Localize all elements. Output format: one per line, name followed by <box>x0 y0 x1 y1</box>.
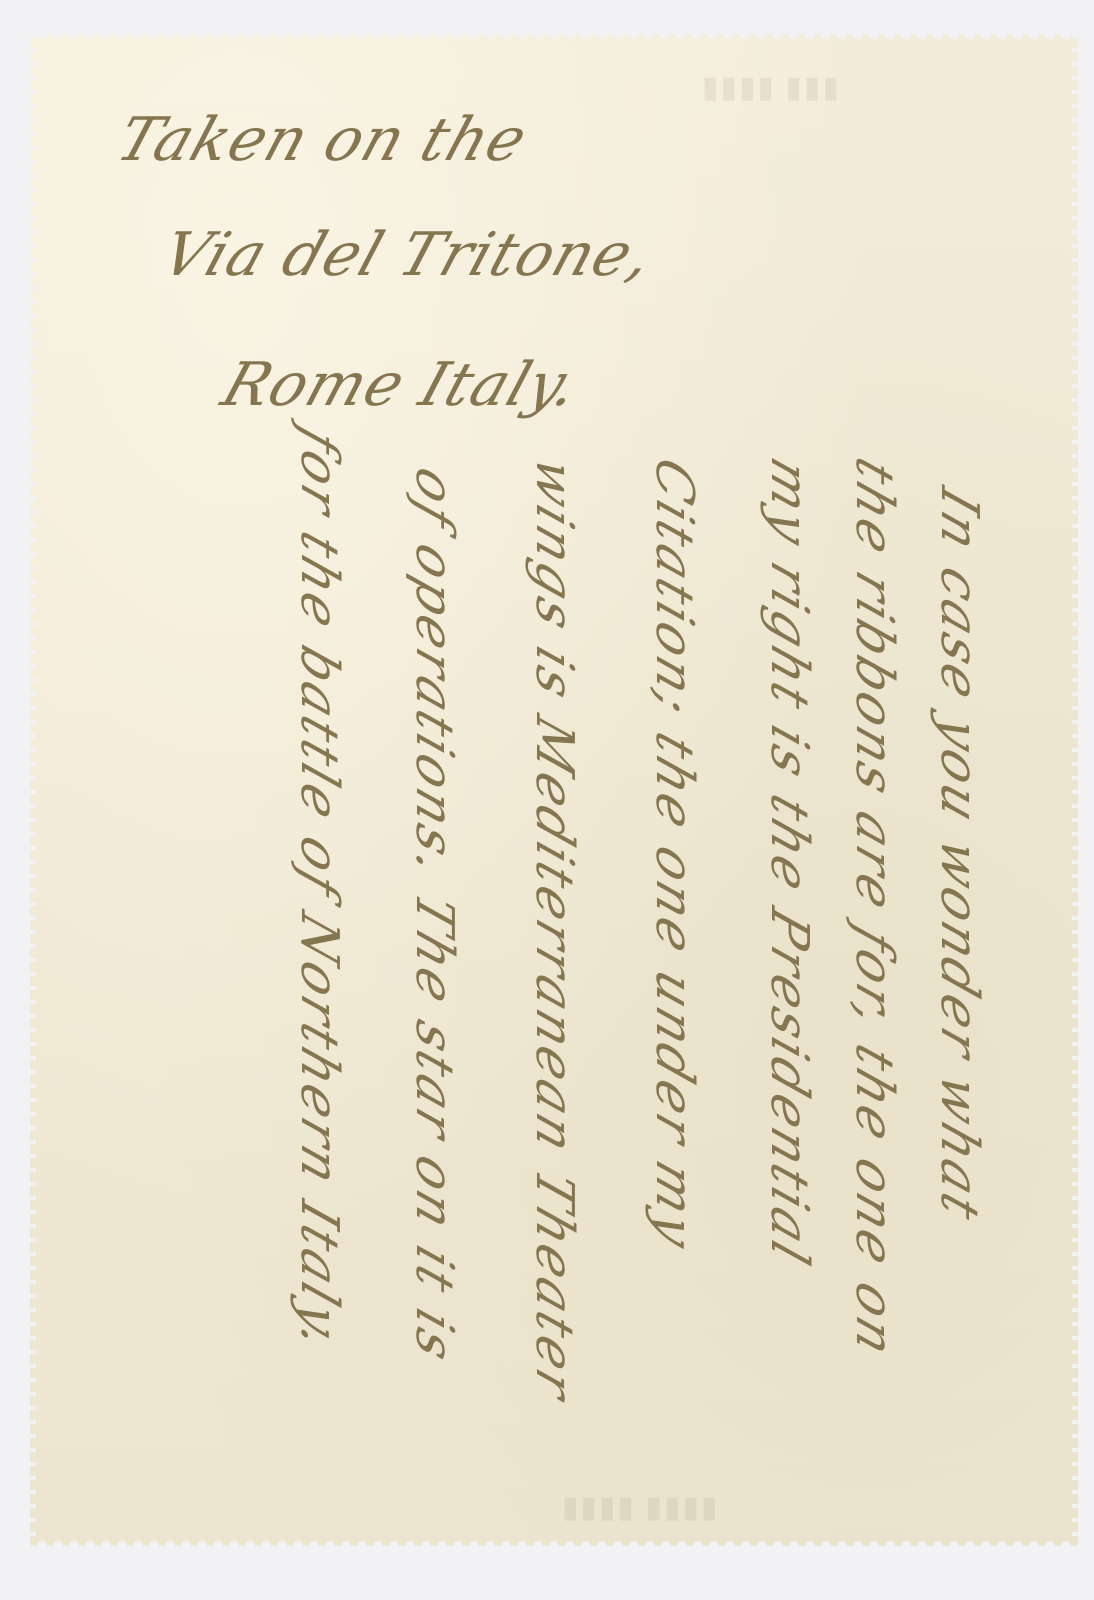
note-line-6: of operations. The star on it is <box>408 461 460 1370</box>
caption-line-2: Via del Tritone, <box>155 225 660 285</box>
note-line-7: for the battle of Northern Italy. <box>293 421 345 1359</box>
note-line-4: Citation; the one under my <box>648 451 700 1258</box>
show-through-mark-bottom: ▮▮▮▮ ▮▮▮▮ <box>560 1490 718 1525</box>
caption-line-3: Rome Italy. <box>215 355 586 415</box>
show-through-mark-top: ▮▮▮ ▮▮▮▮ <box>700 70 839 105</box>
caption-line-1: Taken on the <box>110 110 534 170</box>
note-line-1: In case you wonder what <box>933 481 985 1229</box>
note-line-2: the ribbons are for, the one on <box>848 451 900 1365</box>
note-line-3: my right is the Presidential <box>763 451 815 1273</box>
deckled-edge-left <box>30 34 36 1546</box>
deckled-edge-right <box>1072 34 1078 1546</box>
note-line-5: wings is Mediterranean Theater <box>528 451 580 1409</box>
